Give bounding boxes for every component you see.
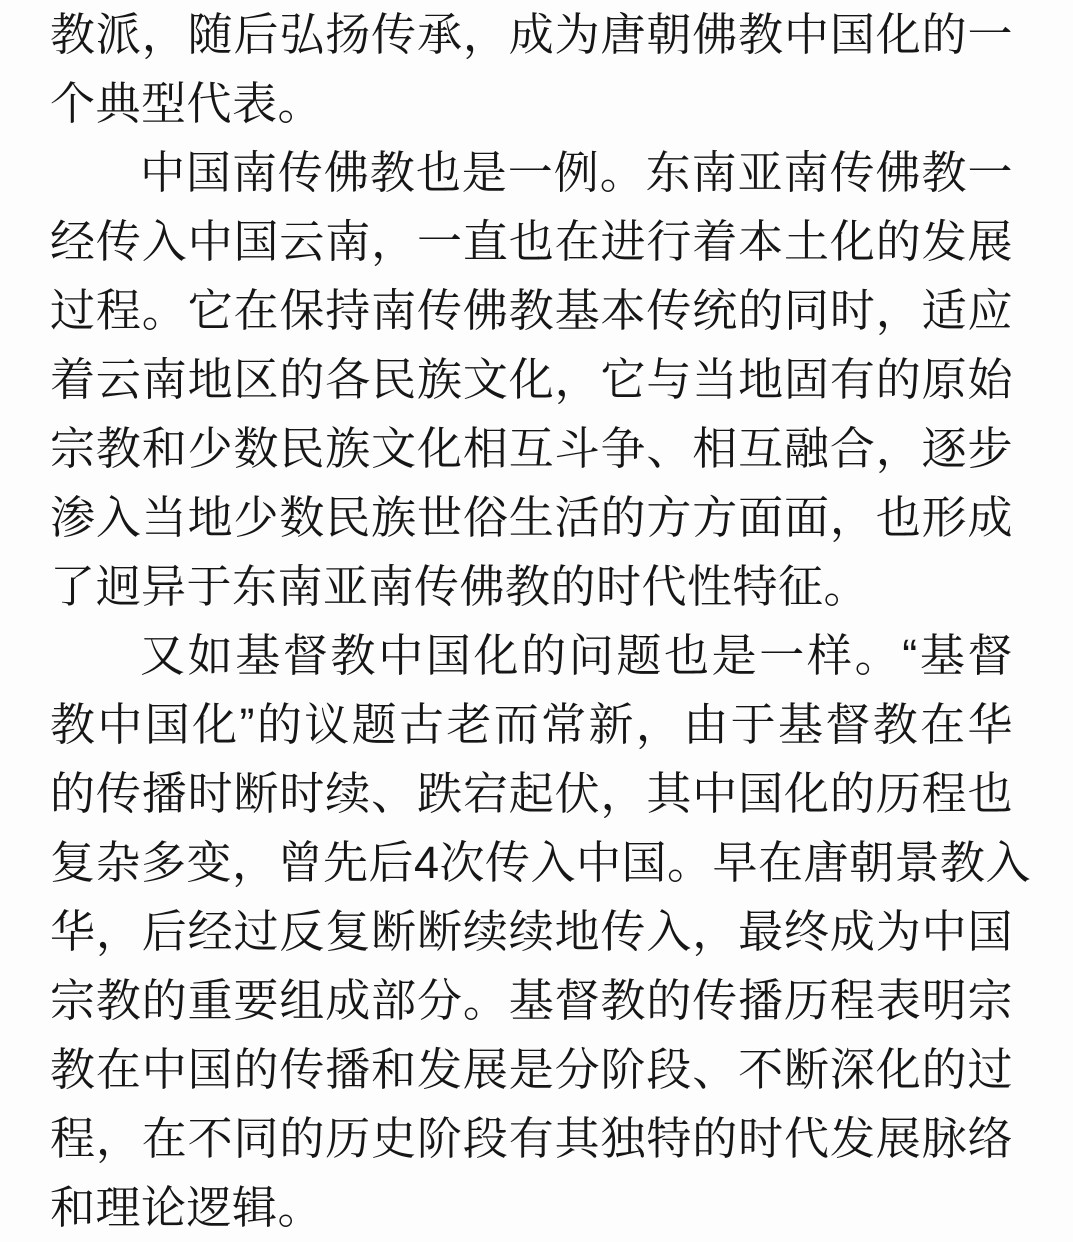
text-line: 的传播时断时续、跌宕起伏，其中国化的历程也 <box>50 759 1013 828</box>
text-line: 渗入当地少数民族世俗生活的方方面面，也形成 <box>50 483 1013 552</box>
text-line: 宗教和少数民族文化相互斗争、相互融合，逐步 <box>50 414 1013 483</box>
article-text: 教派，随后弘扬传承，成为唐朝佛教中国化的一个典型代表。中国南传佛教也是一例。东南… <box>0 0 1073 1242</box>
text-line: 了迥异于东南亚南传佛教的时代性特征。 <box>50 552 1013 621</box>
text-line: 华，后经过反复断断续续地传入，最终成为中国 <box>50 897 1013 966</box>
text-line: 程，在不同的历史阶段有其独特的时代发展脉络 <box>50 1104 1013 1173</box>
text-line: 着云南地区的各民族文化，它与当地固有的原始 <box>50 345 1013 414</box>
text-line: 过程。它在保持南传佛教基本传统的同时，适应 <box>50 276 1013 345</box>
text-line: 个典型代表。 <box>50 69 1013 138</box>
text-line: 中国南传佛教也是一例。东南亚南传佛教一 <box>50 138 1013 207</box>
text-line: 复杂多变，曾先后4次传入中国。早在唐朝景教入 <box>50 828 1013 897</box>
text-line: 教派，随后弘扬传承，成为唐朝佛教中国化的一 <box>50 0 1013 69</box>
text-line: 教中国化”的议题古老而常新，由于基督教在华 <box>50 690 1013 759</box>
text-line: 教在中国的传播和发展是分阶段、不断深化的过 <box>50 1035 1013 1104</box>
text-line: 宗教的重要组成部分。基督教的传播历程表明宗 <box>50 966 1013 1035</box>
text-line: 经传入中国云南，一直也在进行着本土化的发展 <box>50 207 1013 276</box>
text-line: 和理论逻辑。 <box>50 1173 1013 1242</box>
text-line: 又如基督教中国化的问题也是一样。“基督 <box>50 621 1013 690</box>
